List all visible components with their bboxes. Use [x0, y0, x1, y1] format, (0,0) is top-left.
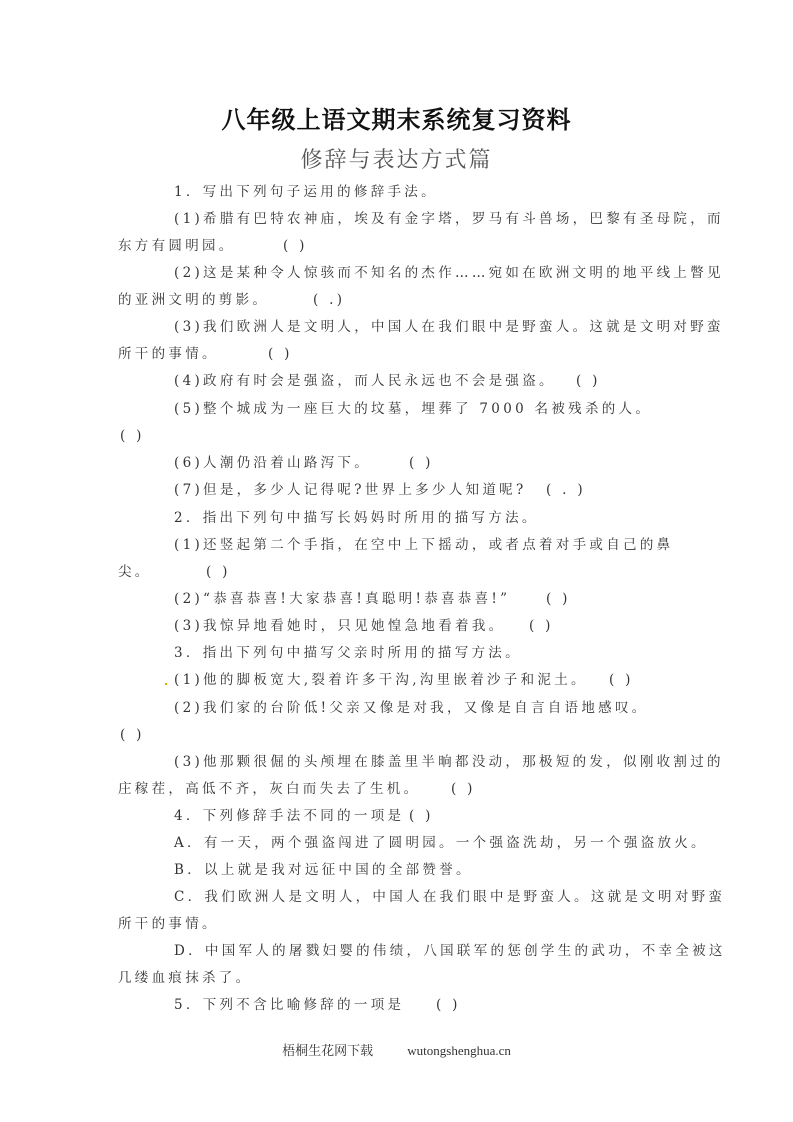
question-1-stem: 1．写出下列句子运用的修辞手法。: [174, 183, 734, 201]
q2-item-2: (2)“恭喜恭喜!大家恭喜!真聪明!恭喜恭喜!” ( ): [174, 590, 734, 608]
answer-blank[interactable]: ( ): [283, 237, 308, 255]
answer-blank[interactable]: ( ): [206, 563, 231, 581]
question-4-stem: 4．下列修辞手法不同的一项是 ( ): [174, 807, 734, 825]
q2-item-3: (3)我惊异地看她时，只见她惶急地看着我。 ( ): [174, 617, 734, 635]
answer-blank[interactable]: ( . ): [546, 481, 586, 499]
q3-item-3-line1: (3)他那颗很倔的头颅埋在膝盖里半晌都没动，那极短的发，似刚收割过的: [174, 753, 734, 771]
q3-item-3-line2: 庄稼茬，高低不齐，灰白而失去了生机。 ( ): [118, 780, 678, 798]
q3-item-2-line1: (2)我们家的台阶低!父亲又像是对我，又像是自言自语地感叹。: [174, 699, 734, 717]
q1-item-3-line1: (3)我们欧洲人是文明人，中国人在我们眼中是野蛮人。这就是文明对野蛮: [174, 318, 734, 336]
q3-item-1: (1)他的脚板宽大,裂着许多干沟,沟里嵌着沙子和泥土。 ( ): [174, 671, 734, 689]
question-2-stem: 2．指出下列句中描写长妈妈时所用的描写方法。: [174, 509, 734, 527]
answer-blank[interactable]: ( ): [609, 671, 634, 689]
answer-blank[interactable]: ( ): [409, 454, 434, 472]
q1-item-1-line2: 东方有圆明园。 ( ): [118, 237, 678, 255]
answer-blank[interactable]: ( ): [409, 807, 434, 825]
q4-option-c-line1: C．我们欧洲人是文明人，中国人在我们眼中是野蛮人。这就是文明对野蛮: [174, 888, 734, 906]
document-page: 八年级上语文期末系统复习资料 修辞与表达方式篇 1．写出下列句子运用的修辞手法。…: [0, 0, 793, 1122]
page-footer: 梧桐生花网下载 wutongshenghua.cn: [0, 1040, 793, 1059]
answer-blank[interactable]: ( .): [313, 291, 345, 309]
q4-option-b: B．以上就是我对远征中国的全部赞誉。: [174, 861, 734, 879]
footer-site-url[interactable]: wutongshenghua.cn: [407, 1043, 511, 1058]
question-3-stem: 3．指出下列句中描写父亲时所用的描写方法。: [174, 644, 734, 662]
q1-item-5-line1: (5)整个城成为一座巨大的坟墓，埋葬了 7000 名被残杀的人。: [174, 400, 734, 418]
answer-blank[interactable]: ( ): [451, 780, 476, 798]
footer-site-name: 梧桐生花网下载: [282, 1044, 373, 1059]
answer-blank[interactable]: ( ): [546, 590, 571, 608]
answer-blank[interactable]: ( ): [576, 372, 601, 390]
answer-blank[interactable]: ( ): [120, 726, 145, 744]
q4-option-d-line2: 几缕血痕抹杀了。: [118, 969, 678, 987]
stray-mark: [165, 683, 167, 685]
q4-option-c-line2: 所干的事情。: [118, 915, 678, 933]
q1-item-7: (7)但是，多少人记得呢?世界上多少人知道呢? ( . ): [174, 481, 734, 499]
q1-item-1-line1: (1)希腊有巴特农神庙，埃及有金字塔，罗马有斗兽场，巴黎有圣母院，而: [174, 210, 734, 228]
answer-blank[interactable]: ( ): [436, 996, 461, 1014]
q1-item-2-line2: 的亚洲文明的剪影。 ( .): [118, 291, 678, 309]
page-title: 八年级上语文期末系统复习资料: [0, 100, 793, 135]
q1-item-2-line1: (2)这是某种令人惊骇而不知名的杰作……宛如在欧洲文明的地平线上瞥见: [174, 264, 734, 282]
q2-item-1-line1: (1)还竖起第二个手指，在空中上下摇动，或者点着对手或自己的鼻: [174, 536, 734, 554]
question-5-stem: 5．下列不含比喻修辞的一项是 ( ): [174, 996, 734, 1014]
answer-blank[interactable]: ( ): [529, 617, 554, 635]
q1-item-3-line2: 所干的事情。 ( ): [118, 345, 678, 363]
q4-option-a: A．有一天，两个强盗闯进了圆明园。一个强盗洗劫，另一个强盗放火。: [174, 834, 734, 852]
q1-item-4: (4)政府有时会是强盗，而人民永远也不会是强盗。 ( ): [174, 372, 734, 390]
q2-item-1-line2: 尖。 ( ): [118, 563, 678, 581]
q4-option-d-line1: D．中国军人的屠戮妇婴的伟绩，八国联军的惩创学生的武功，不幸全被这: [174, 942, 734, 960]
page-subtitle: 修辞与表达方式篇: [0, 143, 793, 174]
q1-item-6: (6)人潮仍沿着山路泻下。 ( ): [174, 454, 734, 472]
answer-blank[interactable]: ( ): [120, 427, 145, 445]
answer-blank[interactable]: ( ): [268, 345, 293, 363]
